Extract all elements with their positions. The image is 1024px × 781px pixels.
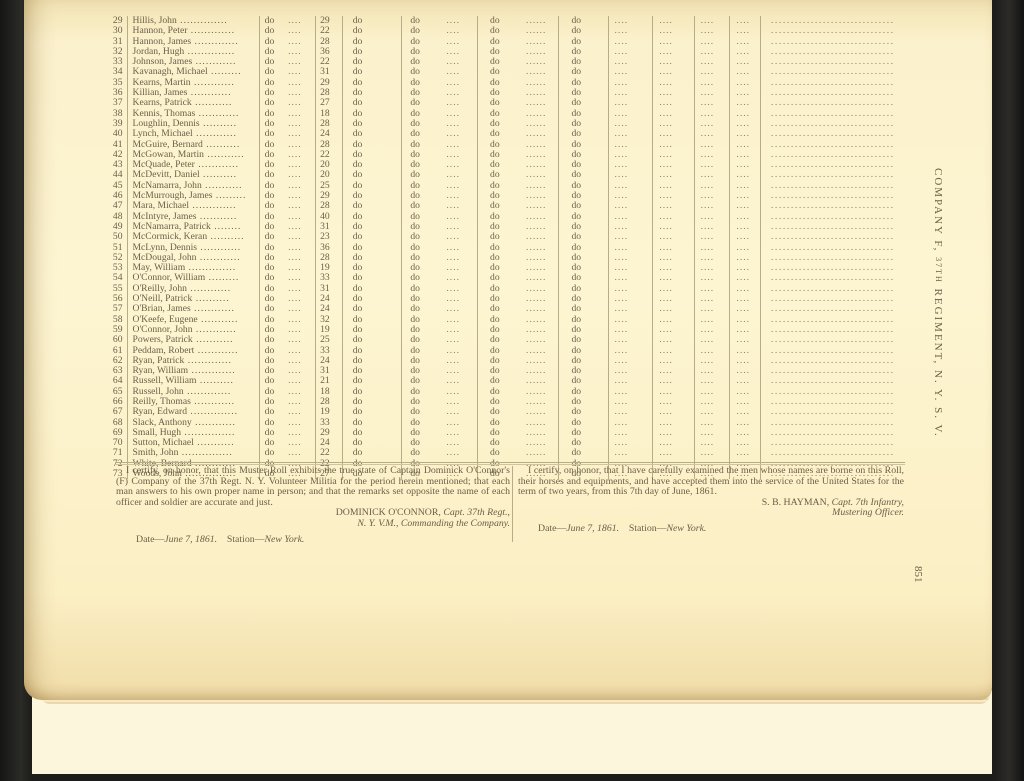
ditto-col-6: do — [558, 294, 607, 304]
remarks-leader: ............................... — [760, 273, 915, 283]
ditto-col-5: do — [477, 325, 526, 335]
ditto-col-6: do — [558, 428, 607, 438]
soldier-name: Sutton, Michael ........... — [127, 438, 259, 448]
certification-mustering-officer: I certify, on honor, that I have careful… — [518, 466, 904, 535]
soldier-name: McLynn, Dennis ............ — [127, 243, 259, 253]
table-row: 36Killian, James ............do....28dod… — [100, 88, 915, 98]
ditto-col-5: do — [477, 140, 526, 150]
name-leader-dots: ............ — [193, 129, 237, 139]
ditto-col-6: do — [558, 191, 607, 201]
ditto-col-3: do — [342, 191, 402, 201]
soldier-name: Powers, Patrick ........... — [127, 335, 259, 345]
ditto-col-4: do — [401, 212, 446, 222]
table-row: 47Mara, Michael .............do....28dod… — [100, 201, 915, 211]
table-row: 66Reilly, Thomas ............do....28dod… — [100, 397, 915, 407]
ditto-col-3: do — [342, 88, 402, 98]
leader-dots: .... — [652, 232, 693, 242]
station-label: Station— — [629, 523, 667, 534]
table-row: 38Kennis, Thomas ............do....18dod… — [100, 109, 915, 119]
table-row: 52McDougal, John ............do....28dod… — [100, 253, 915, 263]
signature-block: DOMINICK O'CONNOR, Capt. 37th Regt., N. … — [116, 508, 510, 529]
soldier-name: Mara, Michael ............. — [127, 201, 259, 211]
ditto-col-4: do — [401, 88, 446, 98]
remarks-leader: ............................... — [760, 98, 915, 108]
table-row: 35Kearns, Martin ............do....29dod… — [100, 78, 915, 88]
ditto-col-4: do — [401, 191, 446, 201]
table-row: 59O'Connor, John ............do....19dod… — [100, 325, 915, 335]
ditto-col-3: do — [342, 150, 402, 160]
ditto-col-6: do — [558, 366, 607, 376]
ditto-col-5: do — [477, 335, 526, 345]
name-leader-dots: .............. — [184, 47, 235, 57]
ditto-col-3: do — [342, 253, 402, 263]
ditto-col-3: do — [342, 325, 402, 335]
ditto-col-3: do — [342, 356, 402, 366]
ditto-col-4: do — [401, 67, 446, 77]
soldier-name: Kearns, Patrick ........... — [127, 98, 259, 108]
ditto-col-4: do — [401, 294, 446, 304]
table-row: 65Russell, John .............do....18dod… — [100, 387, 915, 397]
ditto-col-3: do — [342, 366, 402, 376]
name-leader-dots: ............ — [192, 57, 236, 67]
name-leader-dots: ............ — [187, 284, 231, 294]
name-leader-dots: ........... — [194, 438, 235, 448]
ditto-col-5: do — [477, 438, 526, 448]
remarks-leader: ............................... — [760, 438, 915, 448]
soldier-name: Johnson, James ............ — [127, 57, 259, 67]
ditto-col-3: do — [342, 273, 402, 283]
ditto-col-6: do — [558, 109, 607, 119]
table-row: 62Ryan, Patrick .............do....24dod… — [100, 356, 915, 366]
table-row: 61Peddam, Robert ............do....33dod… — [100, 346, 915, 356]
remarks-leader: ............................... — [760, 448, 915, 458]
name-leader-dots: ............ — [191, 397, 235, 407]
remarks-leader: ............................... — [760, 67, 915, 77]
ditto-col-4: do — [401, 366, 446, 376]
ditto-col-5: do — [477, 294, 526, 304]
ditto-col-4: do — [401, 263, 446, 273]
ditto-col-4: do — [401, 304, 446, 314]
certification-captain: I certify, on honor, that this Muster Ro… — [116, 466, 510, 545]
ditto-col-6: do — [558, 160, 607, 170]
remarks-leader: ............................... — [760, 304, 915, 314]
ditto-col-4: do — [401, 222, 446, 232]
table-row: 64Russell, William ..........do....21dod… — [100, 376, 915, 386]
soldier-name: O'Brian, James ............ — [127, 304, 259, 314]
soldier-name: Small, Hugh ............... — [127, 428, 259, 438]
name-leader-dots: ............ — [194, 346, 238, 356]
ditto-col-6: do — [558, 407, 607, 417]
ditto-col-5: do — [477, 119, 526, 129]
certification-text: I certify, on honor, that this Muster Ro… — [116, 466, 510, 508]
ditto-col-6: do — [558, 16, 607, 26]
soldier-name: Hannon, Peter ............. — [127, 26, 259, 36]
ditto-col-6: do — [558, 140, 607, 150]
ditto-col-6: do — [558, 448, 607, 458]
soldier-name: McQuade, Peter ............ — [127, 160, 259, 170]
name-leader-dots: .............. — [185, 263, 236, 273]
soldier-name: Ryan, Edward .............. — [127, 407, 259, 417]
soldier-name: Kavanagh, Michael ......... — [127, 67, 259, 77]
ditto-col-5: do — [477, 407, 526, 417]
ditto-col-3: do — [342, 407, 402, 417]
remarks-leader: ............................... — [760, 253, 915, 263]
ditto-col-6: do — [558, 129, 607, 139]
name-leader-dots: ............ — [196, 253, 240, 263]
ditto-col-3: do — [342, 47, 402, 57]
ditto-col-4: do — [401, 438, 446, 448]
ditto-col-5: do — [477, 273, 526, 283]
name-leader-dots: ............... — [178, 448, 232, 458]
soldier-name: Hillis, John .............. — [127, 16, 259, 26]
date-label: Date— — [136, 534, 164, 545]
name-leader-dots: ............ — [191, 78, 235, 88]
ditto-col-5: do — [477, 191, 526, 201]
ditto-col-3: do — [342, 16, 402, 26]
ditto-col-4: do — [401, 57, 446, 67]
ditto-col-5: do — [477, 88, 526, 98]
remarks-leader: ............................... — [760, 428, 915, 438]
ditto-col-3: do — [342, 315, 402, 325]
name-leader-dots: .............. — [187, 407, 238, 417]
ditto-col-4: do — [401, 253, 446, 263]
ditto-col-3: do — [342, 222, 402, 232]
remarks-leader: ............................... — [760, 88, 915, 98]
remarks-leader: ............................... — [760, 26, 915, 36]
remarks-leader: ............................... — [760, 191, 915, 201]
ditto-col-6: do — [558, 201, 607, 211]
soldier-name: McNamarra, John ........... — [127, 181, 259, 191]
table-row: 55O'Reilly, John ............do....31dod… — [100, 284, 915, 294]
station-label: Station— — [227, 534, 265, 545]
ditto-col-4: do — [401, 26, 446, 36]
table-row: 33Johnson, James ............do....22dod… — [100, 57, 915, 67]
ditto-col-4: do — [401, 16, 446, 26]
side-heading-company: COMPANY F, — [932, 168, 944, 252]
leader-dots: .... — [446, 335, 477, 345]
soldier-name: Peddam, Robert ............ — [127, 346, 259, 356]
leader-dots: .... — [288, 232, 315, 242]
ditto-col-4: do — [401, 428, 446, 438]
age: 25 — [315, 335, 342, 345]
ditto-col-5: do — [477, 37, 526, 47]
table-row: 68Slack, Anthony ............do....33dod… — [100, 418, 915, 428]
ditto-col-6: do — [558, 170, 607, 180]
table-row: 50McCormick, Keran ..........do....23dod… — [100, 232, 915, 242]
table-row: 44McDevitt, Daniel ..........do....20dod… — [100, 170, 915, 180]
ditto-col-5: do — [477, 366, 526, 376]
ditto-col-5: do — [477, 160, 526, 170]
soldier-name: Kennis, Thomas ............ — [127, 109, 259, 119]
name-leader-dots: ......... — [208, 67, 242, 77]
ditto-col-6: do — [558, 418, 607, 428]
remarks-leader: ............................... — [760, 418, 915, 428]
leader-dots: .... — [694, 232, 730, 242]
ditto-col-5: do — [477, 284, 526, 294]
table-row: 56O'Neill, Patrick ..........do....24dod… — [100, 294, 915, 304]
remarks-leader: ............................... — [760, 366, 915, 376]
table-row: 31Hannon, James .............do....28dod… — [100, 37, 915, 47]
signer-title: Capt. 7th Infantry, — [832, 497, 904, 508]
ditto-col-3: do — [342, 140, 402, 150]
table-row: 39Loughlin, Dennis ..........do....28dod… — [100, 119, 915, 129]
ditto-col-4: do — [401, 315, 446, 325]
remarks-leader: ............................... — [760, 16, 915, 26]
remarks-leader: ............................... — [760, 181, 915, 191]
station-value: New York. — [666, 523, 706, 534]
ditto-col-4: do — [401, 243, 446, 253]
ditto-col-5: do — [477, 181, 526, 191]
ditto-col-6: do — [558, 150, 607, 160]
running-side-heading: COMPANY F, 37TH REGIMENT, N. Y. S. V. — [932, 168, 944, 438]
ditto-col-5: do — [477, 376, 526, 386]
ditto-col-4: do — [401, 325, 446, 335]
table-row: 53May, William ..............do....19dod… — [100, 263, 915, 273]
ditto-col-6: do — [558, 397, 607, 407]
soldier-name: McNamarra, Patrick ........ — [127, 222, 259, 232]
ditto-col-5: do — [477, 57, 526, 67]
leader-dots: .... — [694, 335, 730, 345]
ditto-col-6: do — [558, 98, 607, 108]
ditto-col-4: do — [401, 407, 446, 417]
ditto-col-6: do — [558, 47, 607, 57]
ditto-col-6: do — [558, 335, 607, 345]
muster-roll-table: 29Hillis, John ..............do....29dod… — [100, 16, 915, 479]
ditto-col-5: do — [477, 222, 526, 232]
ditto-col-5: do — [477, 129, 526, 139]
ditto-col-4: do — [401, 109, 446, 119]
remarks-leader: ............................... — [760, 129, 915, 139]
date-station-line: Date—June 7, 1861. Station—New York. — [518, 524, 904, 535]
remarks-leader: ............................... — [760, 243, 915, 253]
ditto-col-3: do — [342, 243, 402, 253]
remarks-leader: ............................... — [760, 356, 915, 366]
table-row: 70Sutton, Michael ...........do....24dod… — [100, 438, 915, 448]
name-leader-dots: .............. — [177, 16, 228, 26]
table-row: 71Smith, John ...............do....22dod… — [100, 448, 915, 458]
soldier-name: Hannon, James ............. — [127, 37, 259, 47]
ditto-col-6: do — [558, 315, 607, 325]
leader-dots: ...... — [526, 232, 558, 242]
ditto-col-4: do — [401, 273, 446, 283]
leader-dots: ...... — [526, 335, 558, 345]
ditto-col-3: do — [342, 67, 402, 77]
soldier-name: McMurrough, James ......... — [127, 191, 259, 201]
ditto-col-4: do — [401, 201, 446, 211]
ditto-col-6: do — [558, 387, 607, 397]
ditto-col-4: do — [401, 47, 446, 57]
ditto-col-4: do — [401, 346, 446, 356]
ditto-col-5: do — [477, 253, 526, 263]
remarks-leader: ............................... — [760, 212, 915, 222]
table-row: 37Kearns, Patrick ...........do....27dod… — [100, 98, 915, 108]
remarks-leader: ............................... — [760, 397, 915, 407]
ditto-col-6: do — [558, 273, 607, 283]
name-leader-dots: ........ — [211, 222, 242, 232]
ditto-col-6: do — [558, 57, 607, 67]
ditto-col-6: do — [558, 78, 607, 88]
soldier-name: Slack, Anthony ............ — [127, 418, 259, 428]
ditto-col-6: do — [558, 212, 607, 222]
book-cover-right — [994, 0, 1024, 781]
soldier-name: Lynch, Michael ............ — [127, 129, 259, 139]
table-row: 43McQuade, Peter ............do....20dod… — [100, 160, 915, 170]
ditto-col-5: do — [477, 150, 526, 160]
name-leader-dots: ......... — [212, 191, 246, 201]
ditto-col-3: do — [342, 263, 402, 273]
ditto-col-5: do — [477, 387, 526, 397]
leader-dots: .... — [608, 335, 653, 345]
ditto-col-6: do — [558, 119, 607, 129]
remarks-leader: ............................... — [760, 407, 915, 417]
ditto-col-4: do — [401, 376, 446, 386]
ditto-col-3: do — [342, 160, 402, 170]
age: 23 — [315, 232, 342, 242]
ditto-col-3: do — [342, 37, 402, 47]
ditto-col-4: do — [401, 181, 446, 191]
table-row: 49McNamarra, Patrick ........do....31dod… — [100, 222, 915, 232]
signature-block: S. B. HAYMAN, Capt. 7th Infantry, Muster… — [518, 498, 904, 519]
ditto-col-4: do — [401, 150, 446, 160]
ditto-col-4: do — [401, 387, 446, 397]
ditto-col-5: do — [477, 315, 526, 325]
remarks-leader: ............................... — [760, 263, 915, 273]
ditto-col-3: do — [342, 232, 402, 242]
ditto-col-5: do — [477, 170, 526, 180]
ditto-col-4: do — [401, 335, 446, 345]
station-value: New York. — [264, 534, 304, 545]
remarks-leader: ............................... — [760, 170, 915, 180]
ditto-col-6: do — [558, 222, 607, 232]
ditto-col-3: do — [342, 376, 402, 386]
date-value: June 7, 1861. — [164, 534, 217, 545]
name-leader-dots: .......... — [192, 294, 229, 304]
ditto-col-5: do — [477, 356, 526, 366]
ditto-col-3: do — [342, 284, 402, 294]
soldier-name: McDougal, John ............ — [127, 253, 259, 263]
remarks-leader: ............................... — [760, 335, 915, 345]
name-leader-dots: ......... — [205, 273, 239, 283]
ditto-col-5: do — [477, 201, 526, 211]
signer-title-continued: Mustering Officer. — [832, 507, 904, 518]
name-leader-dots: ........... — [204, 150, 245, 160]
ditto-col-4: do — [401, 160, 446, 170]
date-value: June 7, 1861. — [566, 523, 619, 534]
ditto-col-4: do — [401, 119, 446, 129]
ditto-col-5: do — [477, 47, 526, 57]
ditto-col-1: do — [259, 232, 288, 242]
ditto-col-4: do — [401, 140, 446, 150]
table-row: 54O'Connor, William .........do....33dod… — [100, 273, 915, 283]
table-row: 69Small, Hugh ...............do....29dod… — [100, 428, 915, 438]
soldier-name: Kearns, Martin ............ — [127, 78, 259, 88]
ditto-col-3: do — [342, 346, 402, 356]
entry-number: 50 — [100, 232, 127, 242]
ditto-col-5: do — [477, 304, 526, 314]
remarks-leader: ............................... — [760, 387, 915, 397]
ditto-col-4: do — [401, 37, 446, 47]
table-row: 30Hannon, Peter .............do....22dod… — [100, 26, 915, 36]
signer-name: S. B. HAYMAN, — [762, 497, 829, 508]
remarks-leader: ............................... — [760, 222, 915, 232]
name-leader-dots: ............. — [189, 201, 237, 211]
soldier-name: McGuire, Bernard .......... — [127, 140, 259, 150]
table-row: 46McMurrough, James .........do....29dod… — [100, 191, 915, 201]
ditto-col-5: do — [477, 448, 526, 458]
ditto-col-6: do — [558, 232, 607, 242]
table-row: 57O'Brian, James ............do....24dod… — [100, 304, 915, 314]
leader-dots: .... — [446, 232, 477, 242]
ditto-col-3: do — [342, 304, 402, 314]
soldier-name: Russell, William .......... — [127, 376, 259, 386]
table-row: 58O'Keefe, Eugene ...........do....32dod… — [100, 315, 915, 325]
ditto-col-6: do — [558, 346, 607, 356]
ditto-col-5: do — [477, 232, 526, 242]
soldier-name: O'Reilly, John ............ — [127, 284, 259, 294]
name-leader-dots: ............. — [184, 387, 232, 397]
ditto-col-5: do — [477, 212, 526, 222]
ditto-col-4: do — [401, 98, 446, 108]
name-leader-dots: ............ — [191, 304, 235, 314]
soldier-name: Loughlin, Dennis .......... — [127, 119, 259, 129]
ditto-col-5: do — [477, 26, 526, 36]
soldier-name: O'Neill, Patrick .......... — [127, 294, 259, 304]
ditto-col-4: do — [401, 284, 446, 294]
ditto-col-6: do — [558, 356, 607, 366]
name-leader-dots: ........... — [202, 181, 243, 191]
ditto-col-4: do — [401, 418, 446, 428]
ditto-col-6: do — [558, 325, 607, 335]
leader-dots: .... — [608, 232, 653, 242]
ditto-col-3: do — [342, 109, 402, 119]
soldier-name: McGowan, Martin ........... — [127, 150, 259, 160]
ditto-col-6: do — [558, 67, 607, 77]
soldier-name: Killian, James ............ — [127, 88, 259, 98]
soldier-name: Reilly, Thomas ............ — [127, 397, 259, 407]
page-number: 851 — [912, 566, 924, 583]
leader-dots: .... — [652, 335, 693, 345]
date-station-line: Date—June 7, 1861. Station—New York. — [116, 535, 510, 546]
table-row: 60Powers, Patrick ...........do....25dod… — [100, 335, 915, 345]
name-leader-dots: ............. — [191, 37, 239, 47]
name-leader-dots: ............ — [195, 160, 239, 170]
remarks-leader: ............................... — [760, 37, 915, 47]
soldier-name: Smith, John ............... — [127, 448, 259, 458]
ditto-col-6: do — [558, 438, 607, 448]
table-row: 41McGuire, Bernard ..........do....28dod… — [100, 140, 915, 150]
side-heading-ordinal: 37TH — [934, 257, 943, 284]
name-leader-dots: ............ — [192, 418, 236, 428]
table-row: 51McLynn, Dennis ............do....36dod… — [100, 243, 915, 253]
name-leader-dots: .......... — [196, 376, 233, 386]
ditto-col-6: do — [558, 263, 607, 273]
name-leader-dots: ............. — [184, 356, 232, 366]
certification-divider — [512, 466, 513, 542]
ditto-col-3: do — [342, 387, 402, 397]
ditto-col-6: do — [558, 284, 607, 294]
remarks-leader: ............................... — [760, 325, 915, 335]
ditto-col-4: do — [401, 170, 446, 180]
remarks-leader: ............................... — [760, 376, 915, 386]
ditto-col-3: do — [342, 335, 402, 345]
soldier-name: Ryan, Patrick ............. — [127, 356, 259, 366]
certification-text: I certify, on honor, that I have careful… — [518, 466, 904, 498]
table-row: 48McIntyre, James ...........do....40dod… — [100, 212, 915, 222]
table-row: 42McGowan, Martin ...........do....22dod… — [100, 150, 915, 160]
table-row: 29Hillis, John ..............do....29dod… — [100, 16, 915, 26]
ditto-col-6: do — [558, 26, 607, 36]
remarks-leader: ............................... — [760, 47, 915, 57]
